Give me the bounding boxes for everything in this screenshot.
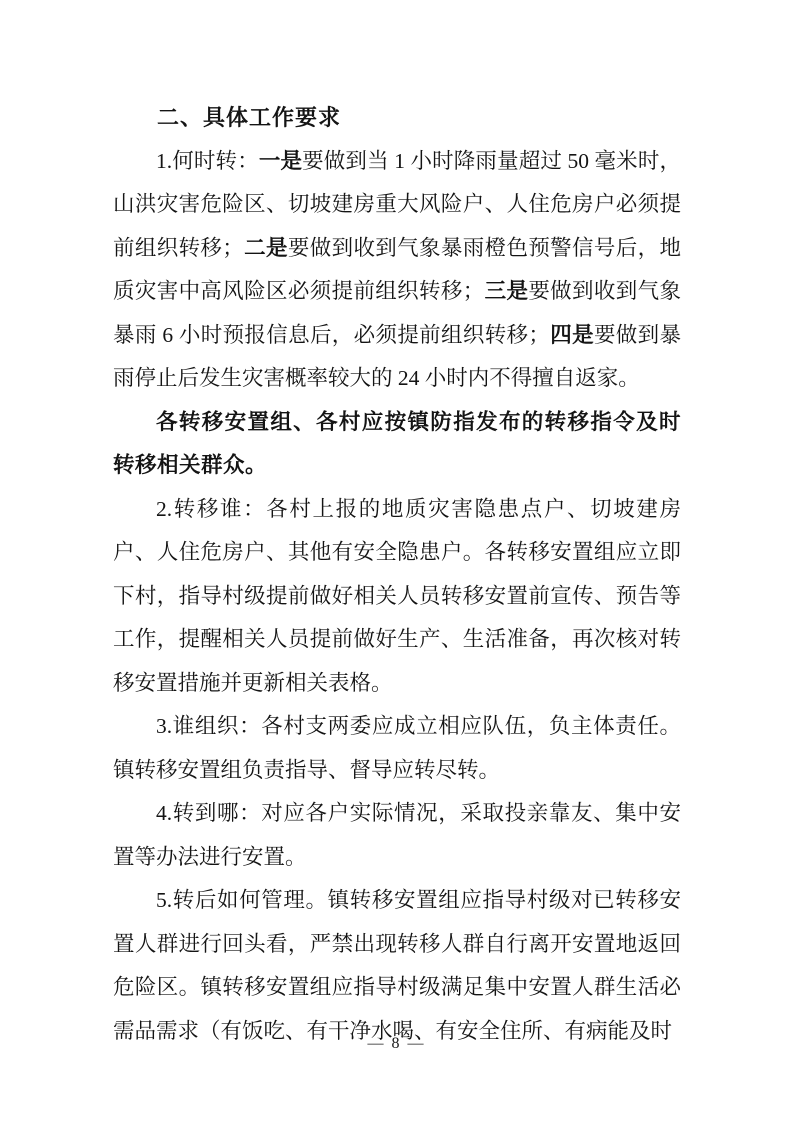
paragraph: 1.何时转：一是要做到当 1 小时降雨量超过 50 毫米时，山洪灾害危险区、切坡… — [113, 140, 681, 401]
emphasis-text: 一是 — [259, 149, 302, 173]
body-text: 4.转到哪：对应各户实际情况，采取投亲靠友、集中安置等办法进行安置。 — [113, 801, 681, 869]
document-body: 1.何时转：一是要做到当 1 小时降雨量超过 50 毫米时，山洪灾害危险区、切坡… — [113, 140, 681, 1054]
body-text: 3.谁组织：各村支两委应成立相应队伍，负主体责任。镇转移安置组负责指导、督导应转… — [113, 714, 681, 782]
body-text: 1.何时转： — [156, 149, 259, 173]
page-number: — 8 — — [0, 1035, 793, 1053]
paragraph: 5.转后如何管理。镇转移安置组应指导村级对已转移安置人群进行回头看，严禁出现转移… — [113, 879, 681, 1053]
emphasis-text: 二是 — [244, 236, 288, 260]
paragraph: 2.转移谁：各村上报的地质灾害隐患点户、切坡建房户、人住危房户、其他有安全隐患户… — [113, 488, 681, 706]
document-content: 二、具体工作要求 1.何时转：一是要做到当 1 小时降雨量超过 50 毫米时，山… — [113, 96, 681, 1053]
paragraph: 3.谁组织：各村支两委应成立相应队伍，负主体责任。镇转移安置组负责指导、督导应转… — [113, 705, 681, 792]
emphasis-text: 四是 — [550, 323, 594, 347]
paragraph: 4.转到哪：对应各户实际情况，采取投亲靠友、集中安置等办法进行安置。 — [113, 792, 681, 879]
body-text: 5.转后如何管理。镇转移安置组应指导村级对已转移安置人群进行回头看，严禁出现转移… — [113, 888, 681, 1043]
paragraph: 各转移安置组、各村应按镇防指发布的转移指令及时转移相关群众。 — [113, 401, 681, 488]
emphasis-text: 各转移安置组、各村应按镇防指发布的转移指令及时转移相关群众。 — [113, 410, 681, 478]
body-text: 2.转移谁：各村上报的地质灾害隐患点户、切坡建房户、人住危房户、其他有安全隐患户… — [113, 497, 681, 695]
emphasis-text: 三是 — [484, 279, 528, 303]
section-heading: 二、具体工作要求 — [113, 96, 681, 140]
document-page: 二、具体工作要求 1.何时转：一是要做到当 1 小时降雨量超过 50 毫米时，山… — [0, 0, 793, 1122]
